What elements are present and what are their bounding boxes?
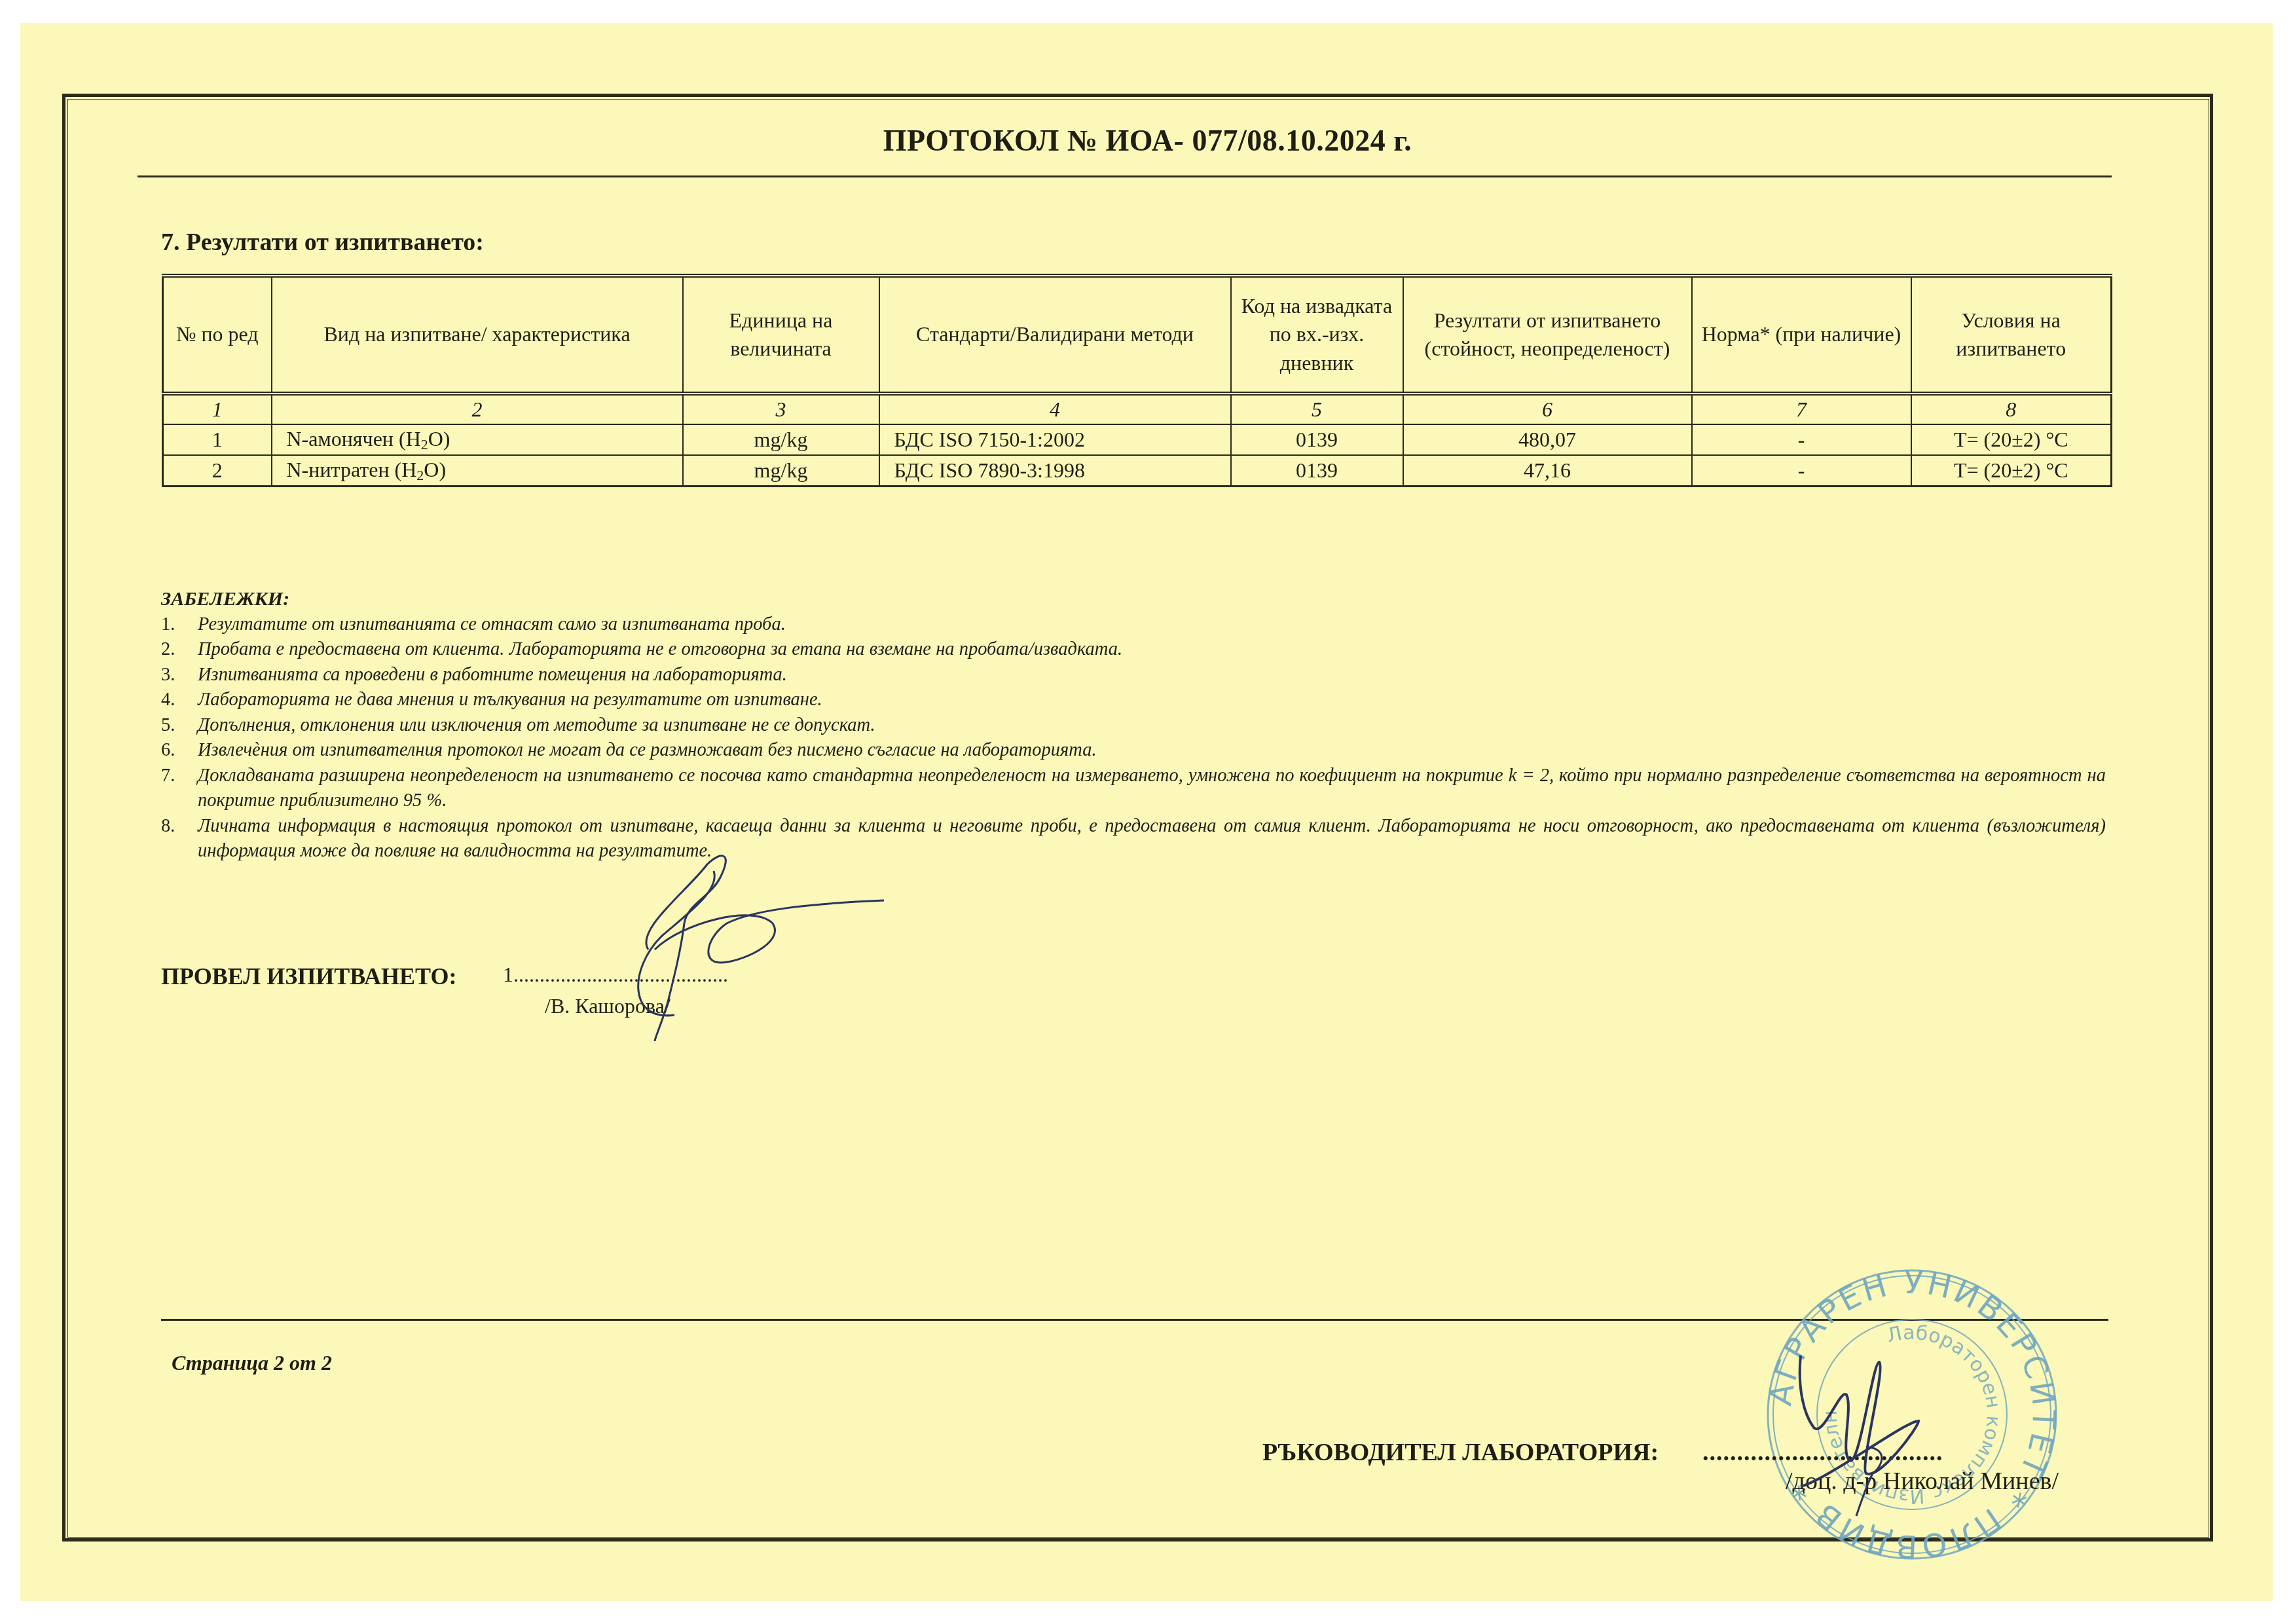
test-type-text: N-амонячен (H <box>287 427 421 451</box>
unit: mg/kg <box>683 424 879 455</box>
lab-head-signature <box>1788 1349 1984 1519</box>
note-number: 5. <box>161 713 198 739</box>
header-cell: Вид на изпитване/ характеристика <box>272 276 683 394</box>
sample-code: 0139 <box>1231 455 1403 486</box>
header-cell: Резултати от изпитването (стойност, неоп… <box>1403 276 1692 394</box>
note-text: Допълнения, отклонения или изключения от… <box>198 713 2106 739</box>
table-row: 1 N-амонячен (H2O) mg/kg БДС ISO 7150-1:… <box>163 424 2112 455</box>
note-number: 7. <box>161 764 198 814</box>
note-text: Изпитванията са проведени в работните по… <box>198 663 2106 688</box>
test-type-text: N-нитратен (H <box>287 458 417 481</box>
note-number: 8. <box>161 814 198 864</box>
note-number: 2. <box>161 637 198 663</box>
unit: mg/kg <box>683 455 879 486</box>
norm: - <box>1692 424 1911 455</box>
protocol-title: ПРОТОКОЛ № ИОА- 077/08.10.2024 г. <box>0 123 2295 158</box>
note-item: 7.Докладваната разширена неопределеност … <box>161 764 2106 814</box>
test-type-text: O) <box>424 458 446 481</box>
note-text: Лабораторията не дава мнения и тълкувани… <box>198 688 2106 713</box>
subscript: 2 <box>421 436 428 452</box>
result-value: 47,16 <box>1403 455 1692 486</box>
standard: БДС ISO 7150-1:2002 <box>879 424 1231 455</box>
test-type-text: O) <box>428 427 450 451</box>
header-cell: № по ред <box>163 276 272 394</box>
header-cell: Норма* (при наличие) <box>1692 276 1911 394</box>
note-number: 1. <box>161 612 198 638</box>
test-conditions: T= (20±2) °C <box>1911 455 2112 486</box>
column-number: 6 <box>1403 394 1692 424</box>
note-item: 1.Резултатите от изпитванията се отнасят… <box>161 612 2106 638</box>
column-number: 8 <box>1911 394 2112 424</box>
note-item: 8.Личната информация в настоящия протоко… <box>161 814 2106 864</box>
note-text: Резултатите от изпитванията се отнасят с… <box>198 612 2106 638</box>
note-item: 2.Пробата е предоставена от клиента. Лаб… <box>161 637 2106 663</box>
test-conditions: T= (20±2) °C <box>1911 424 2112 455</box>
notes-section: ЗАБЕЛЕЖКИ: 1.Резултатите от изпитванията… <box>161 587 2106 864</box>
performed-by-label: ПРОВЕЛ ИЗПИТВАНЕТО: <box>161 963 456 990</box>
norm: - <box>1692 455 1911 486</box>
note-text: Пробата е предоставена от клиента. Лабор… <box>198 637 2106 663</box>
title-divider <box>138 175 2112 177</box>
row-number: 1 <box>163 424 272 455</box>
subscript: 2 <box>416 467 424 483</box>
row-number: 2 <box>163 455 272 486</box>
note-number: 6. <box>161 738 198 764</box>
table-header-row: № по ред Вид на изпитване/ характеристик… <box>163 276 2112 394</box>
column-number-row: 1 2 3 4 5 6 7 8 <box>163 394 2112 424</box>
header-cell: Код на извадката по вх.-изх. дневник <box>1231 276 1403 394</box>
test-type: N-нитратен (H2O) <box>272 455 683 486</box>
header-cell: Стандарти/Валидирани методи <box>879 276 1231 394</box>
note-number: 4. <box>161 688 198 713</box>
column-number: 5 <box>1231 394 1403 424</box>
note-number: 3. <box>161 663 198 688</box>
page-number: Страница 2 от 2 <box>172 1351 332 1375</box>
column-number: 1 <box>163 394 272 424</box>
note-item: 4.Лабораторията не дава мнения и тълкува… <box>161 688 2106 713</box>
section-heading: 7. Резултати от изпитването: <box>161 228 484 257</box>
lab-head-label: РЪКОВОДИТЕЛ ЛАБОРАТОРИЯ: <box>1262 1438 1659 1467</box>
note-text: Докладваната разширена неопределеност на… <box>198 764 2106 814</box>
note-item: 6.Извлечѐния от изпитвателния протокол н… <box>161 738 2106 764</box>
table-row: 2 N-нитратен (H2O) mg/kg БДС ISO 7890-3:… <box>163 455 2112 486</box>
column-number: 2 <box>272 394 683 424</box>
test-type: N-амонячен (H2O) <box>272 424 683 455</box>
note-item: 5.Допълнения, отклонения или изключения … <box>161 713 2106 739</box>
technician-signature <box>557 851 897 1041</box>
results-table: № по ред Вид на изпитване/ характеристик… <box>162 274 2112 487</box>
result-value: 480,07 <box>1403 424 1692 455</box>
note-item: 3.Изпитванията са проведени в работните … <box>161 663 2106 688</box>
column-number: 3 <box>683 394 879 424</box>
column-number: 4 <box>879 394 1231 424</box>
header-cell: Условия на изпитването <box>1911 276 2112 394</box>
notes-title: ЗАБЕЛЕЖКИ: <box>161 587 2106 612</box>
sample-code: 0139 <box>1231 424 1403 455</box>
note-text: Извлечѐния от изпитвателния протокол не … <box>198 738 2106 764</box>
header-cell: Единица на величината <box>683 276 879 394</box>
note-text: Личната информация в настоящия протокол … <box>198 814 2106 864</box>
column-number: 7 <box>1692 394 1911 424</box>
standard: БДС ISO 7890-3:1998 <box>879 455 1231 486</box>
